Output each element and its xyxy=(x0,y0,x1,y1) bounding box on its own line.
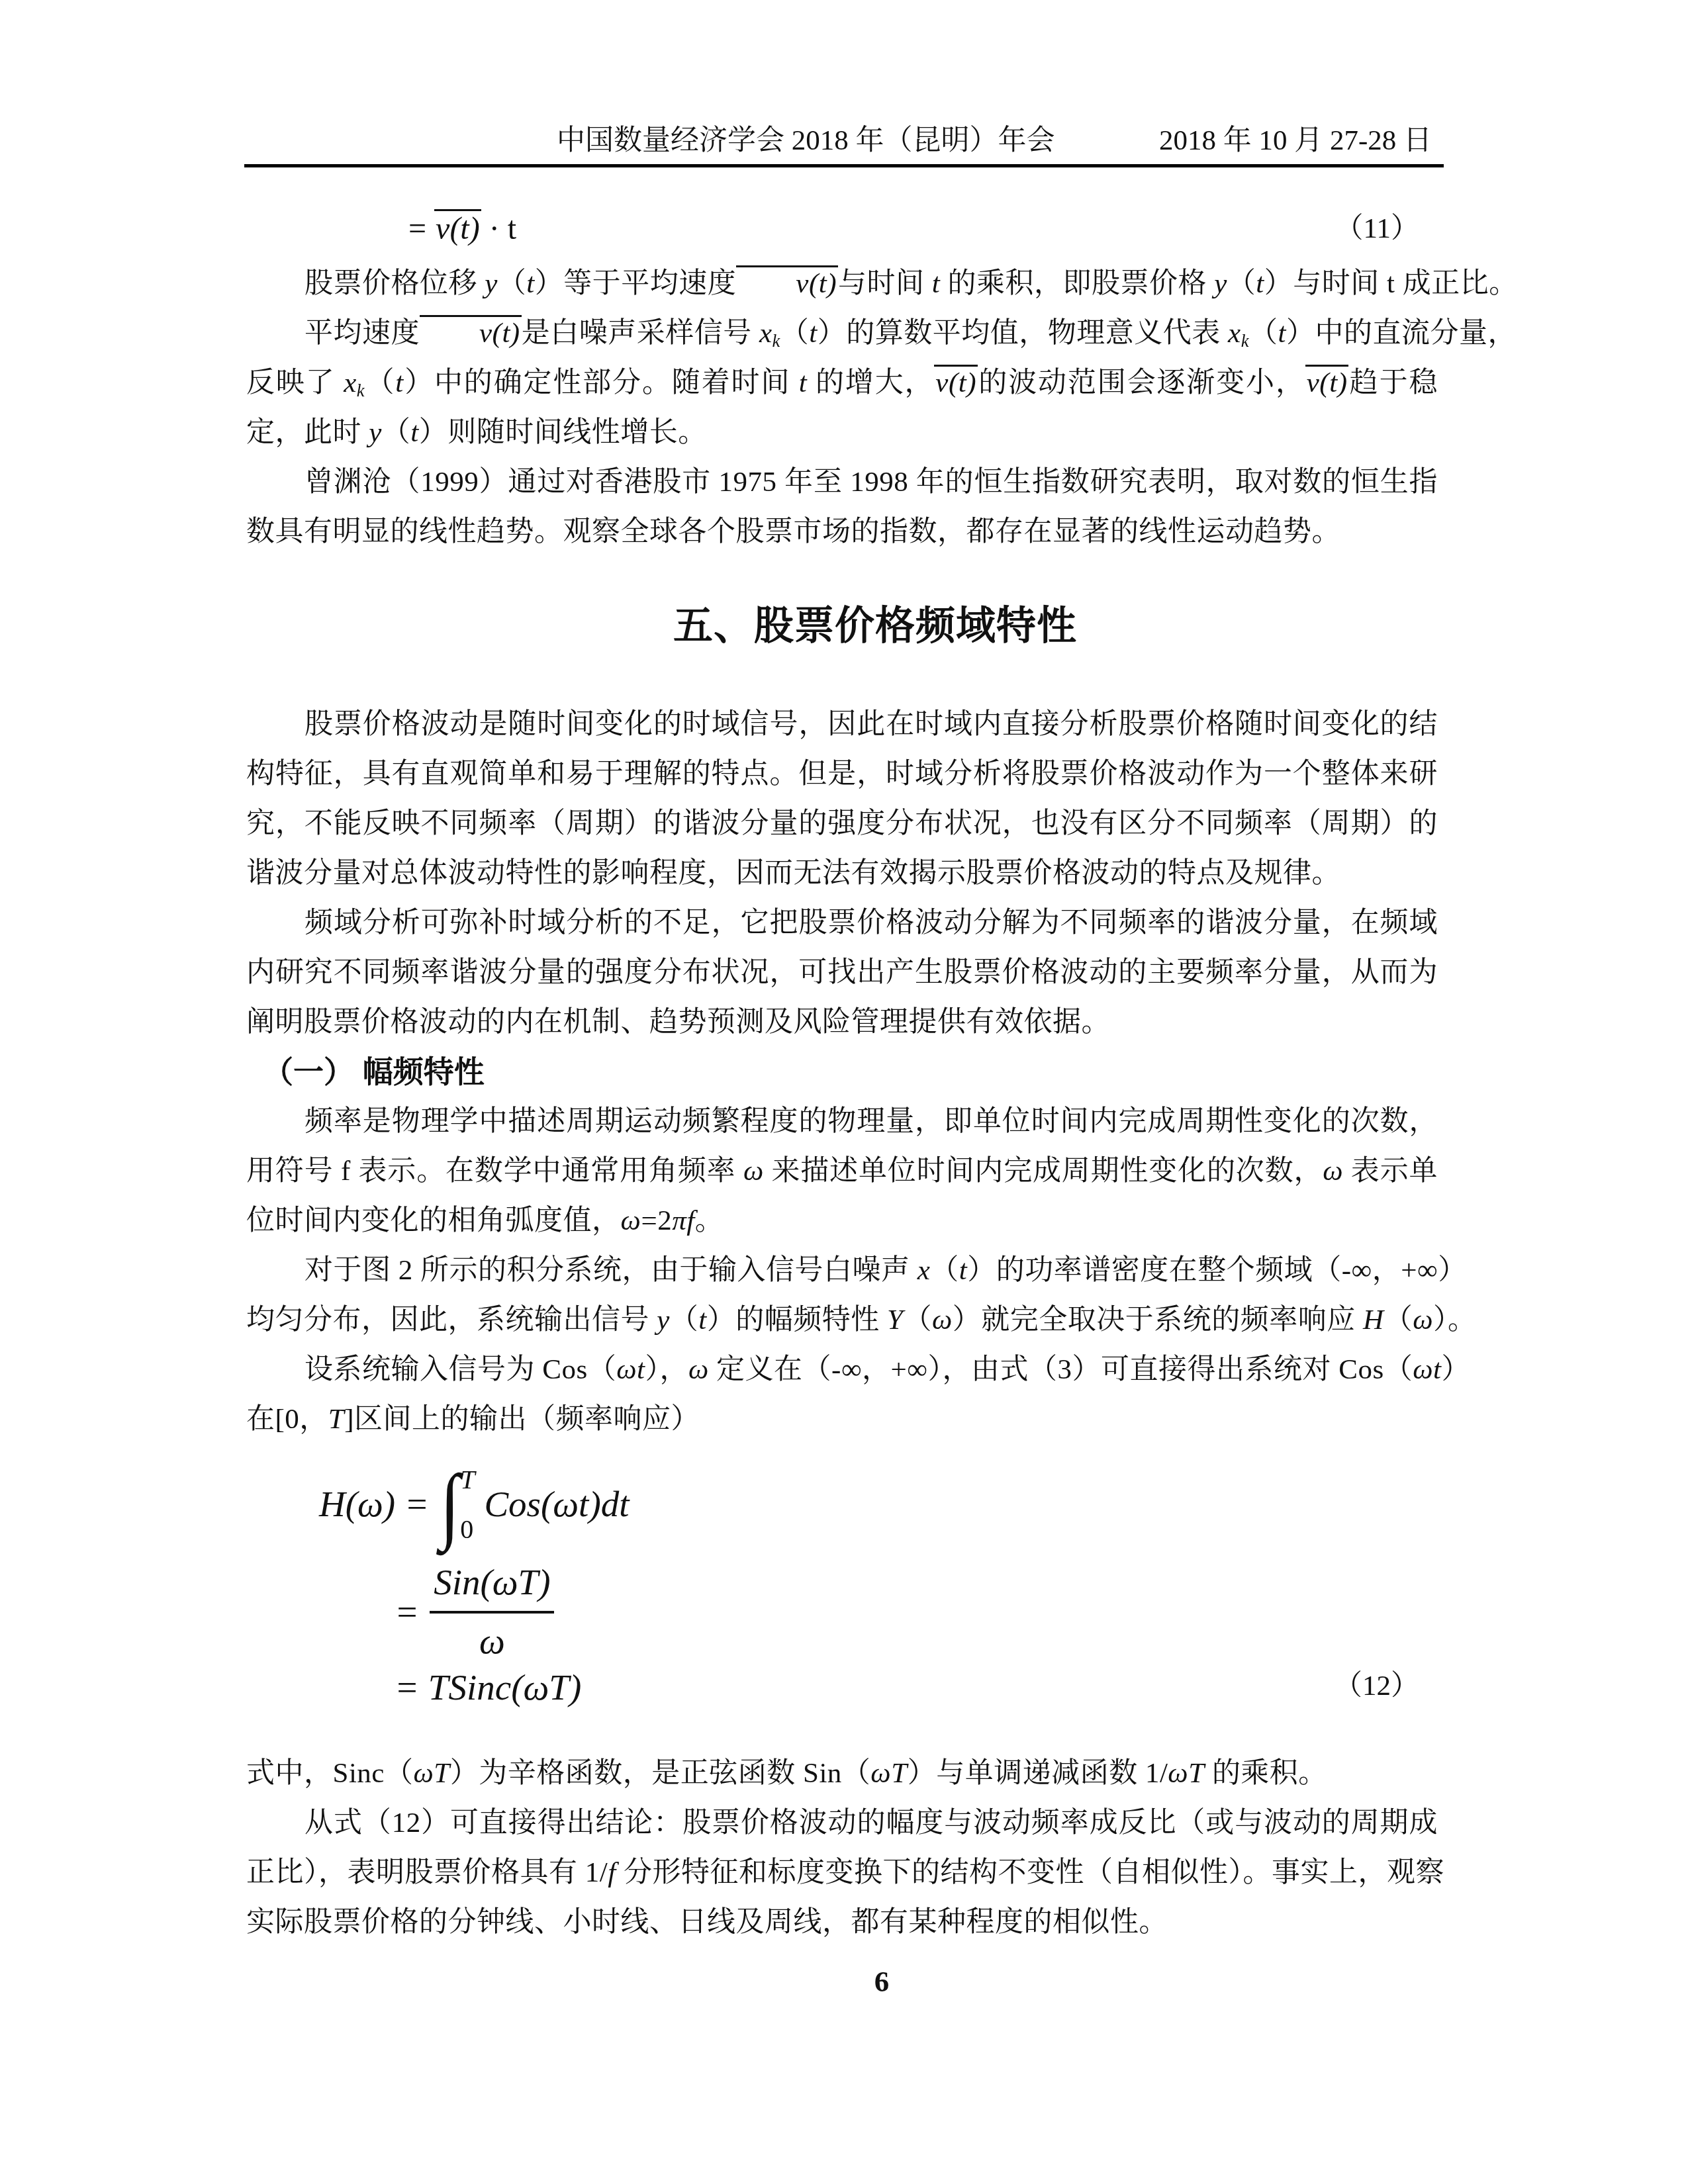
fraction: Sin(ωT) ω xyxy=(430,1557,554,1666)
text-run: x xyxy=(917,1255,931,1286)
paragraph-group-3: 频率是物理学中描述周期运动频繁程度的物理量，即单位时间内完成周期性变化的次数，用… xyxy=(246,1097,1438,1444)
text-run: ）的算数平均值，物理意义代表 xyxy=(818,318,1228,349)
text-run: =2 xyxy=(641,1205,672,1236)
equation-11-lhs: = xyxy=(408,211,434,246)
paragraph-group-1: 股票价格位移 y（t）等于平均速度v(t)与时间 t 的乘积，即股票价格 y（t… xyxy=(246,259,1438,557)
text-run: t xyxy=(410,417,418,448)
text-run: （ xyxy=(670,1304,699,1336)
text-run: ）中的直流分量， xyxy=(1286,318,1517,349)
text-run: ）就完全取决于系统的频率响应 xyxy=(953,1304,1363,1336)
text-run: （ xyxy=(1249,318,1278,349)
text-run: 究，不能反映不同频率（周期）的谐波分量的强度分布状况，也没有区分不同频率（周期）… xyxy=(246,808,1438,839)
page-header: 中国数量经济学会 2018 年（昆明）年会 2018 年 10 月 27-28 … xyxy=(244,118,1438,160)
text-run: x xyxy=(1228,318,1241,349)
page-number: 6 xyxy=(326,1957,1438,2007)
text-line: 谐波分量对总体波动特性的影响程度，因而无法有效揭示股票价格波动的特点及规律。 xyxy=(246,848,1438,898)
text-run: （ xyxy=(498,268,527,299)
text-line: 在[0，T]区间上的输出（频率响应） xyxy=(246,1394,1438,1444)
text-line: 式中，Sinc（ωT）为辛格函数，是正弦函数 Sin（ωT）与单调递减函数 1/… xyxy=(246,1749,1438,1798)
text-run: ωT xyxy=(870,1758,907,1789)
text-line: 从式（12）可直接得出结论：股票价格波动的幅度与波动频率成反比（或与波动的周期成 xyxy=(246,1798,1438,1848)
fraction-equals: = xyxy=(395,1587,419,1637)
text-run: ）。 xyxy=(1433,1304,1477,1336)
overline-math-term: v(t) xyxy=(736,265,838,298)
text-run: 均匀分布，因此，系统输出信号 xyxy=(246,1304,657,1336)
text-run: 内研究不同频率谐波分量的强度分布状况，可找出产生股票价格波动的主要频率分量，从而… xyxy=(246,957,1438,988)
subsection-title: （一） 幅频特性 xyxy=(246,1047,1438,1097)
text-run: （ xyxy=(930,1255,959,1286)
text-run: ω xyxy=(932,1304,953,1336)
text-run: ω xyxy=(621,1205,641,1236)
text-run: x xyxy=(344,367,357,398)
text-line: 对于图 2 所示的积分系统，由于输入信号白噪声 x（t）的功率谱密度在整个频域（… xyxy=(246,1246,1438,1295)
text-line: 曾渊沧（1999）通过对香港股市 1975 年至 1998 年的恒生指数研究表明… xyxy=(246,457,1438,507)
text-run: x xyxy=(759,318,773,349)
equation-12-body: = TSinc(ωT) xyxy=(395,1667,581,1707)
text-line: 用符号 f 表示。在数学中通常用角频率 ω 来描述单位时间内完成周期性变化的次数… xyxy=(246,1146,1438,1196)
text-run: y xyxy=(1214,268,1227,299)
text-run: ω xyxy=(1413,1304,1433,1336)
text-run: ）为辛格函数，是正弦函数 Sin（ xyxy=(450,1758,871,1789)
text-run: 实际股票价格的分钟线、小时线、日线及周线，都有某种程度的相似性。 xyxy=(246,1907,1168,1938)
text-run: 平均速度 xyxy=(305,318,420,349)
text-line: 定，此时 y（t）则随时间线性增长。 xyxy=(246,408,1438,457)
text-run: 表示单 xyxy=(1343,1156,1438,1187)
fraction-numerator: Sin(ωT) xyxy=(430,1557,554,1611)
integral-icon: ∫ xyxy=(440,1462,460,1547)
text-run: 用符号 f 表示。在数学中通常用角频率 xyxy=(246,1156,743,1187)
text-run: （ xyxy=(780,318,810,349)
text-line: 频域分析可弥补时域分析的不足，它把股票价格波动分解为不同频率的谐波分量，在频域 xyxy=(246,898,1438,948)
text-run: Y xyxy=(887,1304,903,1336)
text-run: ）等于平均速度 xyxy=(535,268,737,299)
text-line: 股票价格位移 y（t）等于平均速度v(t)与时间 t 的乘积，即股票价格 y（t… xyxy=(246,259,1438,308)
text-run: 阐明股票价格波动的内在机制、趋势预测及风险管理提供有效依据。 xyxy=(246,1007,1110,1038)
text-run: ）与单调递减函数 1/ xyxy=(908,1758,1168,1789)
equation-12-sinc-line: = TSinc(ωT)（12） xyxy=(246,1661,1438,1714)
text-run: ） xyxy=(1441,1354,1470,1385)
text-run: （ xyxy=(1227,268,1256,299)
equation-12-fraction-line: = Sin(ωT) ω xyxy=(246,1562,1438,1661)
equation-12-lhs: H(ω) = xyxy=(319,1479,429,1529)
text-run: ）的幅频特性 xyxy=(707,1304,887,1336)
text-line: 内研究不同频率谐波分量的强度分布状况，可找出产生股票价格波动的主要频率分量，从而… xyxy=(246,948,1438,997)
overline-math-term: v(t) xyxy=(1305,365,1349,398)
text-run: 。 xyxy=(695,1205,724,1236)
text-run: t xyxy=(959,1255,967,1286)
equation-11-number: （11） xyxy=(1335,199,1419,259)
text-run: ）与时间 t 成正比。 xyxy=(1264,268,1518,299)
text-run: 的乘积，即股票价格 xyxy=(940,268,1214,299)
text-run: 对于图 2 所示的积分系统，由于输入信号白噪声 xyxy=(305,1255,917,1286)
text-run: （ xyxy=(382,417,411,448)
text-line: 频率是物理学中描述周期运动频繁程度的物理量，即单位时间内完成周期性变化的次数， xyxy=(246,1097,1438,1146)
equation-12-number: （12） xyxy=(1334,1660,1419,1713)
text-line: 反映了 xk（t）中的确定性部分。随着时间 t 的增大，v(t)的波动范围会逐渐… xyxy=(246,358,1438,408)
header-date: 2018 年 10 月 27-28 日 xyxy=(1159,118,1438,158)
integral-lower-limit: 0 xyxy=(460,1504,475,1554)
text-run: 是白噪声采样信号 xyxy=(522,318,759,349)
text-run: 正比），表明股票价格具有 1/ xyxy=(246,1857,608,1888)
text-line: 平均速度v(t)是白噪声采样信号 xk（t）的算数平均值，物理意义代表 xk（t… xyxy=(246,308,1438,358)
text-line: 究，不能反映不同频率（周期）的谐波分量的强度分布状况，也没有区分不同频率（周期）… xyxy=(246,799,1438,848)
text-line: 数具有明显的线性趋势。观察全球各个股票市场的指数，都存在显著的线性运动趋势。 xyxy=(246,507,1438,557)
text-run: 来描述单位时间内完成周期性变化的次数， xyxy=(764,1156,1323,1187)
text-run: y xyxy=(485,268,498,299)
text-run: ω xyxy=(688,1354,709,1385)
text-run: t xyxy=(698,1304,706,1336)
text-run: 定义在（-∞，+∞），由式（3）可直接得出系统对 Cos（ xyxy=(709,1354,1413,1385)
text-line: 设系统输入信号为 Cos（ωt），ω 定义在（-∞，+∞），由式（3）可直接得出… xyxy=(246,1345,1438,1394)
fraction-denominator: ω xyxy=(479,1614,505,1666)
text-run: ωT xyxy=(413,1758,449,1789)
equation-11: = v(t) · t（11） xyxy=(246,199,1438,259)
paragraph-group-4: 式中，Sinc（ωT）为辛格函数，是正弦函数 Sin（ωT）与单调递减函数 1/… xyxy=(246,1749,1438,1947)
text-run: 构特征，具有直观简单和易于理解的特点。但是，时域分析将股票价格波动作为一个整体来… xyxy=(246,758,1438,790)
text-run: ω xyxy=(743,1156,764,1187)
text-line: 正比），表明股票价格具有 1/f 分形特征和标度变换下的结构不变性（自相似性）。… xyxy=(246,1848,1438,1897)
text-run: ）则随时间线性增长。 xyxy=(419,417,707,448)
text-run: T xyxy=(328,1404,344,1435)
text-run: 设系统输入信号为 Cos（ xyxy=(305,1354,616,1385)
text-run: ωT xyxy=(1168,1758,1204,1789)
text-run: t xyxy=(799,367,807,398)
equation-12-integral-line: H(ω) =∫T0Cos(ωt)dt xyxy=(246,1449,1438,1559)
text-run: 位时间内变化的相角弧度值， xyxy=(246,1205,621,1236)
integral-upper-limit: T xyxy=(460,1455,475,1504)
text-line: 构特征，具有直观简单和易于理解的特点。但是，时域分析将股票价格波动作为一个整体来… xyxy=(246,749,1438,799)
text-line: 股票价格波动是随时间变化的时域信号，因此在时域内直接分析股票价格随时间变化的结 xyxy=(246,700,1438,749)
text-run: 频率是物理学中描述周期运动频繁程度的物理量，即单位时间内完成周期性变化的次数， xyxy=(305,1106,1438,1137)
text-run: f xyxy=(608,1857,616,1888)
text-run: ）中的确定性部分。随着时间 xyxy=(404,367,799,398)
section-title: 五、股票价格频域特性 xyxy=(312,596,1438,656)
text-run: t xyxy=(932,268,940,299)
body-text: = v(t) · t（11） 股票价格位移 y（t）等于平均速度v(t)与时间 … xyxy=(246,167,1438,2007)
text-run: 式中，Sinc（ xyxy=(246,1758,413,1789)
text-run: t xyxy=(526,268,534,299)
document-page: 中国数量经济学会 2018 年（昆明）年会 2018 年 10 月 27-28 … xyxy=(0,0,1688,2184)
text-run: πf xyxy=(672,1205,695,1236)
text-line: 均匀分布，因此，系统输出信号 y（t）的幅频特性 Y（ω）就完全取决于系统的频率… xyxy=(246,1295,1438,1345)
text-run: k xyxy=(773,331,780,351)
text-run: 的乘积。 xyxy=(1205,1758,1327,1789)
text-run: y xyxy=(657,1304,670,1336)
text-run: 股票价格波动是随时间变化的时域信号，因此在时域内直接分析股票价格随时间变化的结 xyxy=(305,709,1438,740)
text-run: 反映了 xyxy=(246,367,344,398)
text-run: ]区间上的输出（频率响应） xyxy=(344,1404,700,1435)
text-run: 数具有明显的线性趋势。观察全球各个股票市场的指数，都存在显著的线性运动趋势。 xyxy=(246,516,1340,547)
overline-math-term: v(t) xyxy=(420,315,522,348)
text-line: 位时间内变化的相角弧度值，ω=2πf。 xyxy=(246,1196,1438,1246)
text-run: 的增大， xyxy=(807,367,934,398)
text-run: ωt xyxy=(1413,1354,1441,1385)
text-run: 频域分析可弥补时域分析的不足，它把股票价格波动分解为不同频率的谐波分量，在频域 xyxy=(305,907,1438,938)
text-run: 的波动范围会逐渐变小， xyxy=(978,367,1305,398)
text-run: 与时间 xyxy=(838,268,932,299)
text-run: t xyxy=(809,318,817,349)
text-run: 曾渊沧（1999）通过对香港股市 1975 年至 1998 年的恒生指数研究表明… xyxy=(305,467,1438,498)
text-run: t xyxy=(1278,318,1286,349)
header-conference-title: 中国数量经济学会 2018 年（昆明）年会 xyxy=(244,118,1055,158)
text-run: t xyxy=(395,367,403,398)
overline-math-term: v(t) xyxy=(934,365,978,398)
text-run: （ xyxy=(1384,1304,1413,1336)
text-run: 谐波分量对总体波动特性的影响程度，因而无法有效揭示股票价格波动的特点及规律。 xyxy=(246,858,1340,889)
text-run: 趋于稳 xyxy=(1348,367,1438,398)
equation-11-rhs: · t xyxy=(481,211,516,246)
integrand: Cos(ωt)dt xyxy=(484,1479,629,1529)
text-run: ）的功率谱密度在整个频域（-∞，+∞） xyxy=(967,1255,1466,1286)
text-run: （ xyxy=(903,1304,932,1336)
text-run: 股票价格位移 xyxy=(305,268,485,299)
text-run: t xyxy=(1256,268,1264,299)
text-run: k xyxy=(357,381,365,400)
text-line: 阐明股票价格波动的内在机制、趋势预测及风险管理提供有效依据。 xyxy=(246,997,1438,1047)
text-run: 分形特征和标度变换下的结构不变性（自相似性）。事实上，观察 xyxy=(616,1857,1444,1888)
paragraph-group-2: 股票价格波动是随时间变化的时域信号，因此在时域内直接分析股票价格随时间变化的结构… xyxy=(246,700,1438,1047)
text-run: 在[0， xyxy=(246,1404,328,1435)
text-run: y xyxy=(369,417,382,448)
text-run: ω xyxy=(1323,1156,1343,1187)
text-run: （ xyxy=(365,367,395,398)
text-run: 定，此时 xyxy=(246,417,369,448)
text-run: H xyxy=(1363,1304,1384,1336)
text-run: k xyxy=(1241,331,1249,351)
text-run: 从式（12）可直接得出结论：股票价格波动的幅度与波动频率成反比（或与波动的周期成 xyxy=(305,1807,1438,1839)
overline-v-t: v(t) xyxy=(434,209,481,246)
text-run: ωt xyxy=(616,1354,645,1385)
text-run: ）， xyxy=(645,1354,688,1385)
text-line: 实际股票价格的分钟线、小时线、日线及周线，都有某种程度的相似性。 xyxy=(246,1897,1438,1947)
integral-limits: T0 xyxy=(460,1455,475,1554)
